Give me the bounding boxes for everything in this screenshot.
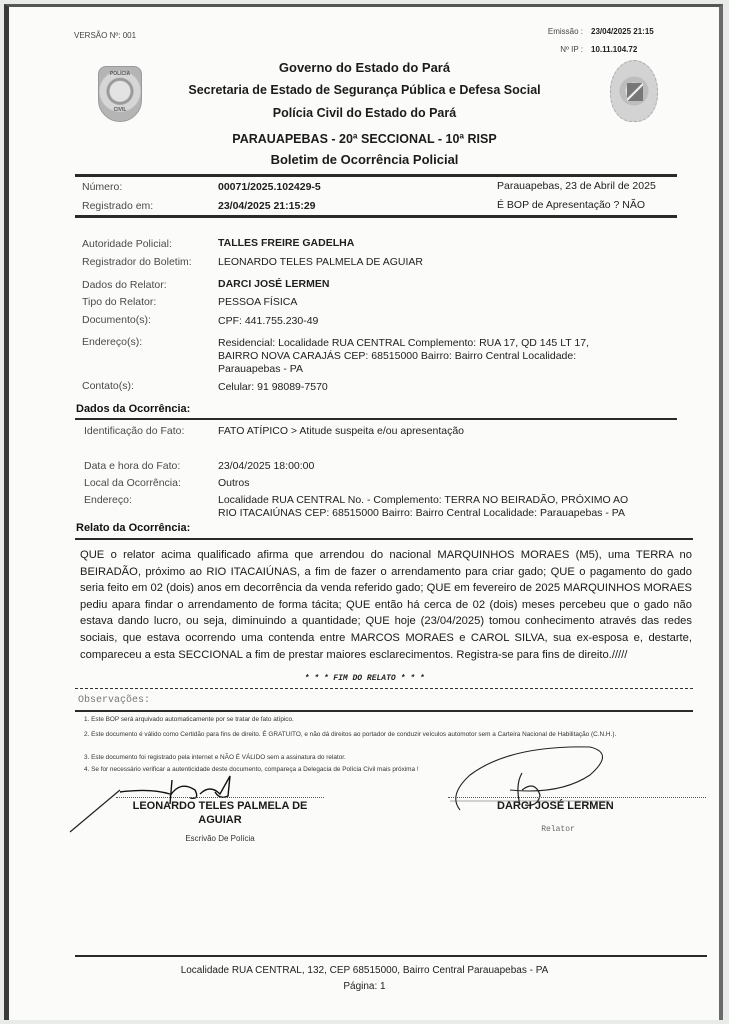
tipo-relator-value: PESSOA FÍSICA [218, 296, 297, 308]
observacoes-title: Observações: [78, 695, 150, 706]
ip-value: 10.11.104.72 [591, 45, 673, 54]
dashed-divider [75, 688, 693, 689]
header-government: Governo do Estado do Pará [0, 60, 729, 75]
ocorrencia-section-title: Dados da Ocorrência: [76, 403, 190, 415]
tipo-relator-label: Tipo do Relator: [82, 296, 156, 308]
emission-value: 23/04/2025 21:15 [591, 27, 673, 36]
documento-value: CPF: 441.755.230-49 [218, 315, 318, 327]
relator-label: Dados do Relator: [82, 279, 167, 291]
data-fato-label: Data e hora do Fato: [84, 460, 180, 472]
registrado-label: Registrado em: [82, 200, 153, 212]
page-number: Página: 1 [0, 981, 729, 992]
local-date: Parauapebas, 23 de Abril de 2025 [497, 180, 656, 192]
endereco-relator-value: Residencial: Localidade RUA CENTRAL Comp… [218, 337, 589, 376]
endereco-ocorrencia-value: Localidade RUA CENTRAL No. - Complemento… [218, 494, 628, 520]
document-title: Boletim de Ocorrência Policial [0, 152, 729, 167]
escrivao-name: LEONARDO TELES PALMELA DE AGUIAR [100, 799, 340, 827]
local-ocorrencia-label: Local da Ocorrência: [84, 477, 181, 489]
registrador-value: LEONARDO TELES PALMELA DE AGUIAR [218, 256, 423, 268]
endereco-relator-label: Endereço(s): [82, 336, 142, 348]
divider [75, 710, 693, 712]
divider [75, 174, 677, 177]
registrado-value: 23/04/2025 21:15:29 [218, 200, 316, 212]
contato-value: Celular: 91 98089-7570 [218, 381, 328, 393]
divider [75, 418, 677, 420]
documento-label: Documento(s): [82, 314, 151, 326]
autoridade-value: TALLES FREIRE GADELHA [218, 237, 354, 249]
header-secretaria: Secretaria de Estado de Segurança Públic… [0, 83, 729, 97]
escrivao-role: Escrivão De Polícia [100, 834, 340, 843]
relato-text: QUE o relator acima qualificado afirma q… [80, 547, 692, 663]
fim-do-relato: * * * FIM DO RELATO * * * [0, 674, 729, 683]
divider [75, 215, 677, 218]
local-ocorrencia-value: Outros [218, 477, 250, 489]
ip-label: Nº IP : [560, 45, 583, 54]
relator-role: Relator [448, 825, 668, 834]
footer-address: Localidade RUA CENTRAL, 132, CEP 6851500… [0, 965, 729, 976]
identificacao-label: Identificação do Fato: [84, 425, 184, 437]
numero-label: Número: [82, 181, 122, 193]
escrivao-signature-line [116, 797, 324, 798]
relator-signature-line [448, 797, 706, 798]
header-seccional: PARAUAPEBAS - 20ª SECCIONAL - 10ª RISP [0, 132, 729, 146]
autoridade-label: Autoridade Policial: [82, 238, 172, 250]
relator-signature-name: DARCI JOSÉ LERMEN [448, 800, 706, 812]
relator-name: DARCI JOSÉ LERMEN [218, 278, 329, 290]
version-number: VERSÃO Nº: 001 [74, 31, 136, 40]
relato-section-title: Relato da Ocorrência: [76, 522, 190, 534]
header-policia-civil: Polícia Civil do Estado do Pará [0, 106, 729, 120]
contato-label: Contato(s): [82, 380, 134, 392]
bop-apresentacao: É BOP de Apresentação ? NÃO [497, 199, 645, 211]
observacao-1: 1. Este BOP será arquivado automaticamen… [84, 716, 644, 724]
divider [75, 538, 693, 540]
ip-info: Nº IP :10.11.104.72 [560, 45, 673, 54]
emission-info: Emissão :23/04/2025 21:15 [548, 27, 673, 36]
endereco-ocorrencia-label: Endereço: [84, 494, 132, 506]
emission-label: Emissão : [548, 27, 583, 36]
data-fato-value: 23/04/2025 18:00:00 [218, 460, 314, 472]
identificacao-value: FATO ATÍPICO > Atitude suspeita e/ou apr… [218, 425, 464, 437]
registrador-label: Registrador do Boletim: [82, 256, 192, 268]
numero-value: 00071/2025.102429-5 [218, 181, 321, 193]
footer-divider [75, 955, 707, 957]
